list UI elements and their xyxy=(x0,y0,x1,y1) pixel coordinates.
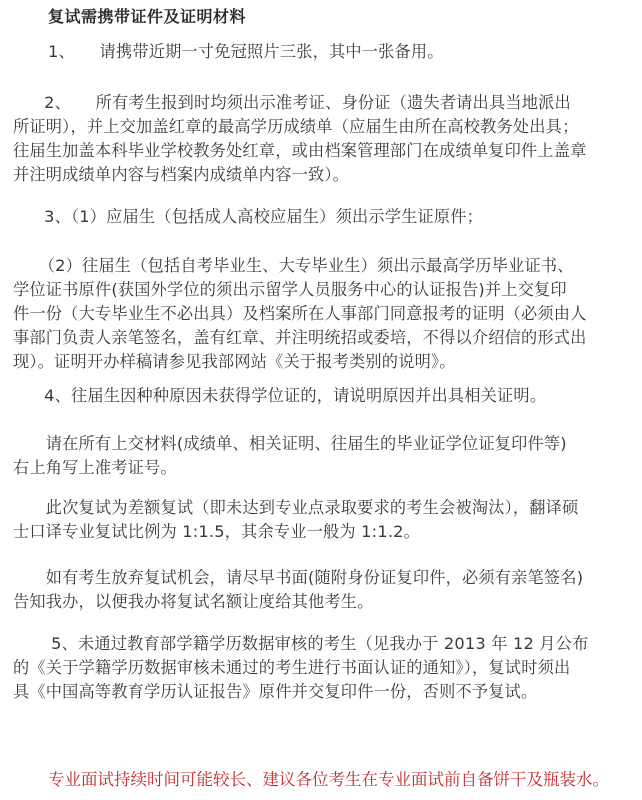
text-line: 请在所有上交材料(成绩单、相关证明、往届生的毕业证学位证复印件等) xyxy=(13,432,633,456)
item-3-2-past-graduates: （2）往届生（包括自考毕业生、大专毕业生）须出示最高学历毕业证书、 学位证书原件… xyxy=(13,254,633,374)
document-page: 复试需携带证件及证明材料 1、 请携带近期一寸免冠照片三张，其中一张备用。 2、… xyxy=(0,0,642,800)
text-line: 件一份（大专毕业生不必出具）及档案所在人事部门同意报考的证明（必须由人 xyxy=(13,302,633,326)
text-line: 右上角写上准考证号。 xyxy=(13,456,633,480)
text-line: 告知我办，以便我办将复试名额让度给其他考生。 xyxy=(13,590,633,614)
text-line: 往届生加盖本科毕业学校教务处红章，或由档案管理部门在成绩单复印件上盖章 xyxy=(13,139,633,163)
text-line: 所证明），并上交加盖红章的最高学历成绩单（应届生由所在高校教务处出具； xyxy=(13,115,633,139)
red-reminder-note: 专业面试持续时间可能较长、建议各位考生在专业面试前自备饼干及瓶装水。 xyxy=(48,766,609,790)
text-line: 2、 所有考生报到时均须出示准考证、身份证（遗失者请出具当地派出 xyxy=(13,91,633,115)
note-differential-ratio: 此次复试为差额复试（即未达到专业点录取要求的考生会被淘汰），翻译硕 士口译专业复… xyxy=(13,496,633,544)
text-line: （2）往届生（包括自考毕业生、大专毕业生）须出示最高学历毕业证书、 xyxy=(13,254,633,278)
text-line: 3、（1）应届生（包括成人高校应届生）须出示学生证原件； xyxy=(13,205,633,229)
text-line: 此次复试为差额复试（即未达到专业点录取要求的考生会被淘汰），翻译硕 xyxy=(13,496,633,520)
text-line: 事部门负责人亲笔签名，盖有红章、并注明统招或委培，不得以介绍信的形式出 xyxy=(13,326,633,350)
text-line: 具《中国高等教育学历认证报告》原件并交复印件一份，否则不予复试。 xyxy=(13,680,633,704)
text-line: 1、 请携带近期一寸免冠照片三张，其中一张备用。 xyxy=(13,40,633,64)
item-3-1-current-graduates: 3、（1）应届生（包括成人高校应届生）须出示学生证原件； xyxy=(13,205,633,229)
text-line: 的《关于学籍学历数据审核未通过的考生进行书面认证的通知》），复试时须出 xyxy=(13,656,633,680)
text-line: 5、未通过教育部学籍学历数据审核的考生（见我办于 2013 年 12 月公布 xyxy=(13,632,633,656)
text-line: 士口译专业复试比例为 1:1.5，其余专业一般为 1:1.2。 xyxy=(13,520,633,544)
item-4-degree-certificate: 4、往届生因种种原因未获得学位证的，请说明原因并出具相关证明。 xyxy=(13,384,633,408)
item-1-photos: 1、 请携带近期一寸免冠照片三张，其中一张备用。 xyxy=(13,40,633,64)
document-title: 复试需携带证件及证明材料 xyxy=(48,4,246,27)
text-line: 如有考生放弃复试机会，请尽早书面(随附身份证复印件，必须有亲笔签名) xyxy=(13,566,633,590)
text-line: 学位证书原件(获国外学位的须出示留学人员服务中心的认证报告)并上交复印 xyxy=(13,278,633,302)
item-5-record-verification: 5、未通过教育部学籍学历数据审核的考生（见我办于 2013 年 12 月公布 的… xyxy=(13,632,633,704)
note-give-up: 如有考生放弃复试机会，请尽早书面(随附身份证复印件，必须有亲笔签名) 告知我办，… xyxy=(13,566,633,614)
item-2-id-transcript: 2、 所有考生报到时均须出示准考证、身份证（遗失者请出具当地派出 所证明），并上… xyxy=(13,91,633,187)
note-exam-number: 请在所有上交材料(成绩单、相关证明、往届生的毕业证学位证复印件等) 右上角写上准… xyxy=(13,432,633,480)
text-line: 并注明成绩单内容与档案内成绩单内容一致）。 xyxy=(13,163,633,187)
text-line: 现）。证明开办样稿请参见我部网站《关于报考类别的说明》。 xyxy=(13,350,633,374)
text-line: 4、往届生因种种原因未获得学位证的，请说明原因并出具相关证明。 xyxy=(13,384,633,408)
